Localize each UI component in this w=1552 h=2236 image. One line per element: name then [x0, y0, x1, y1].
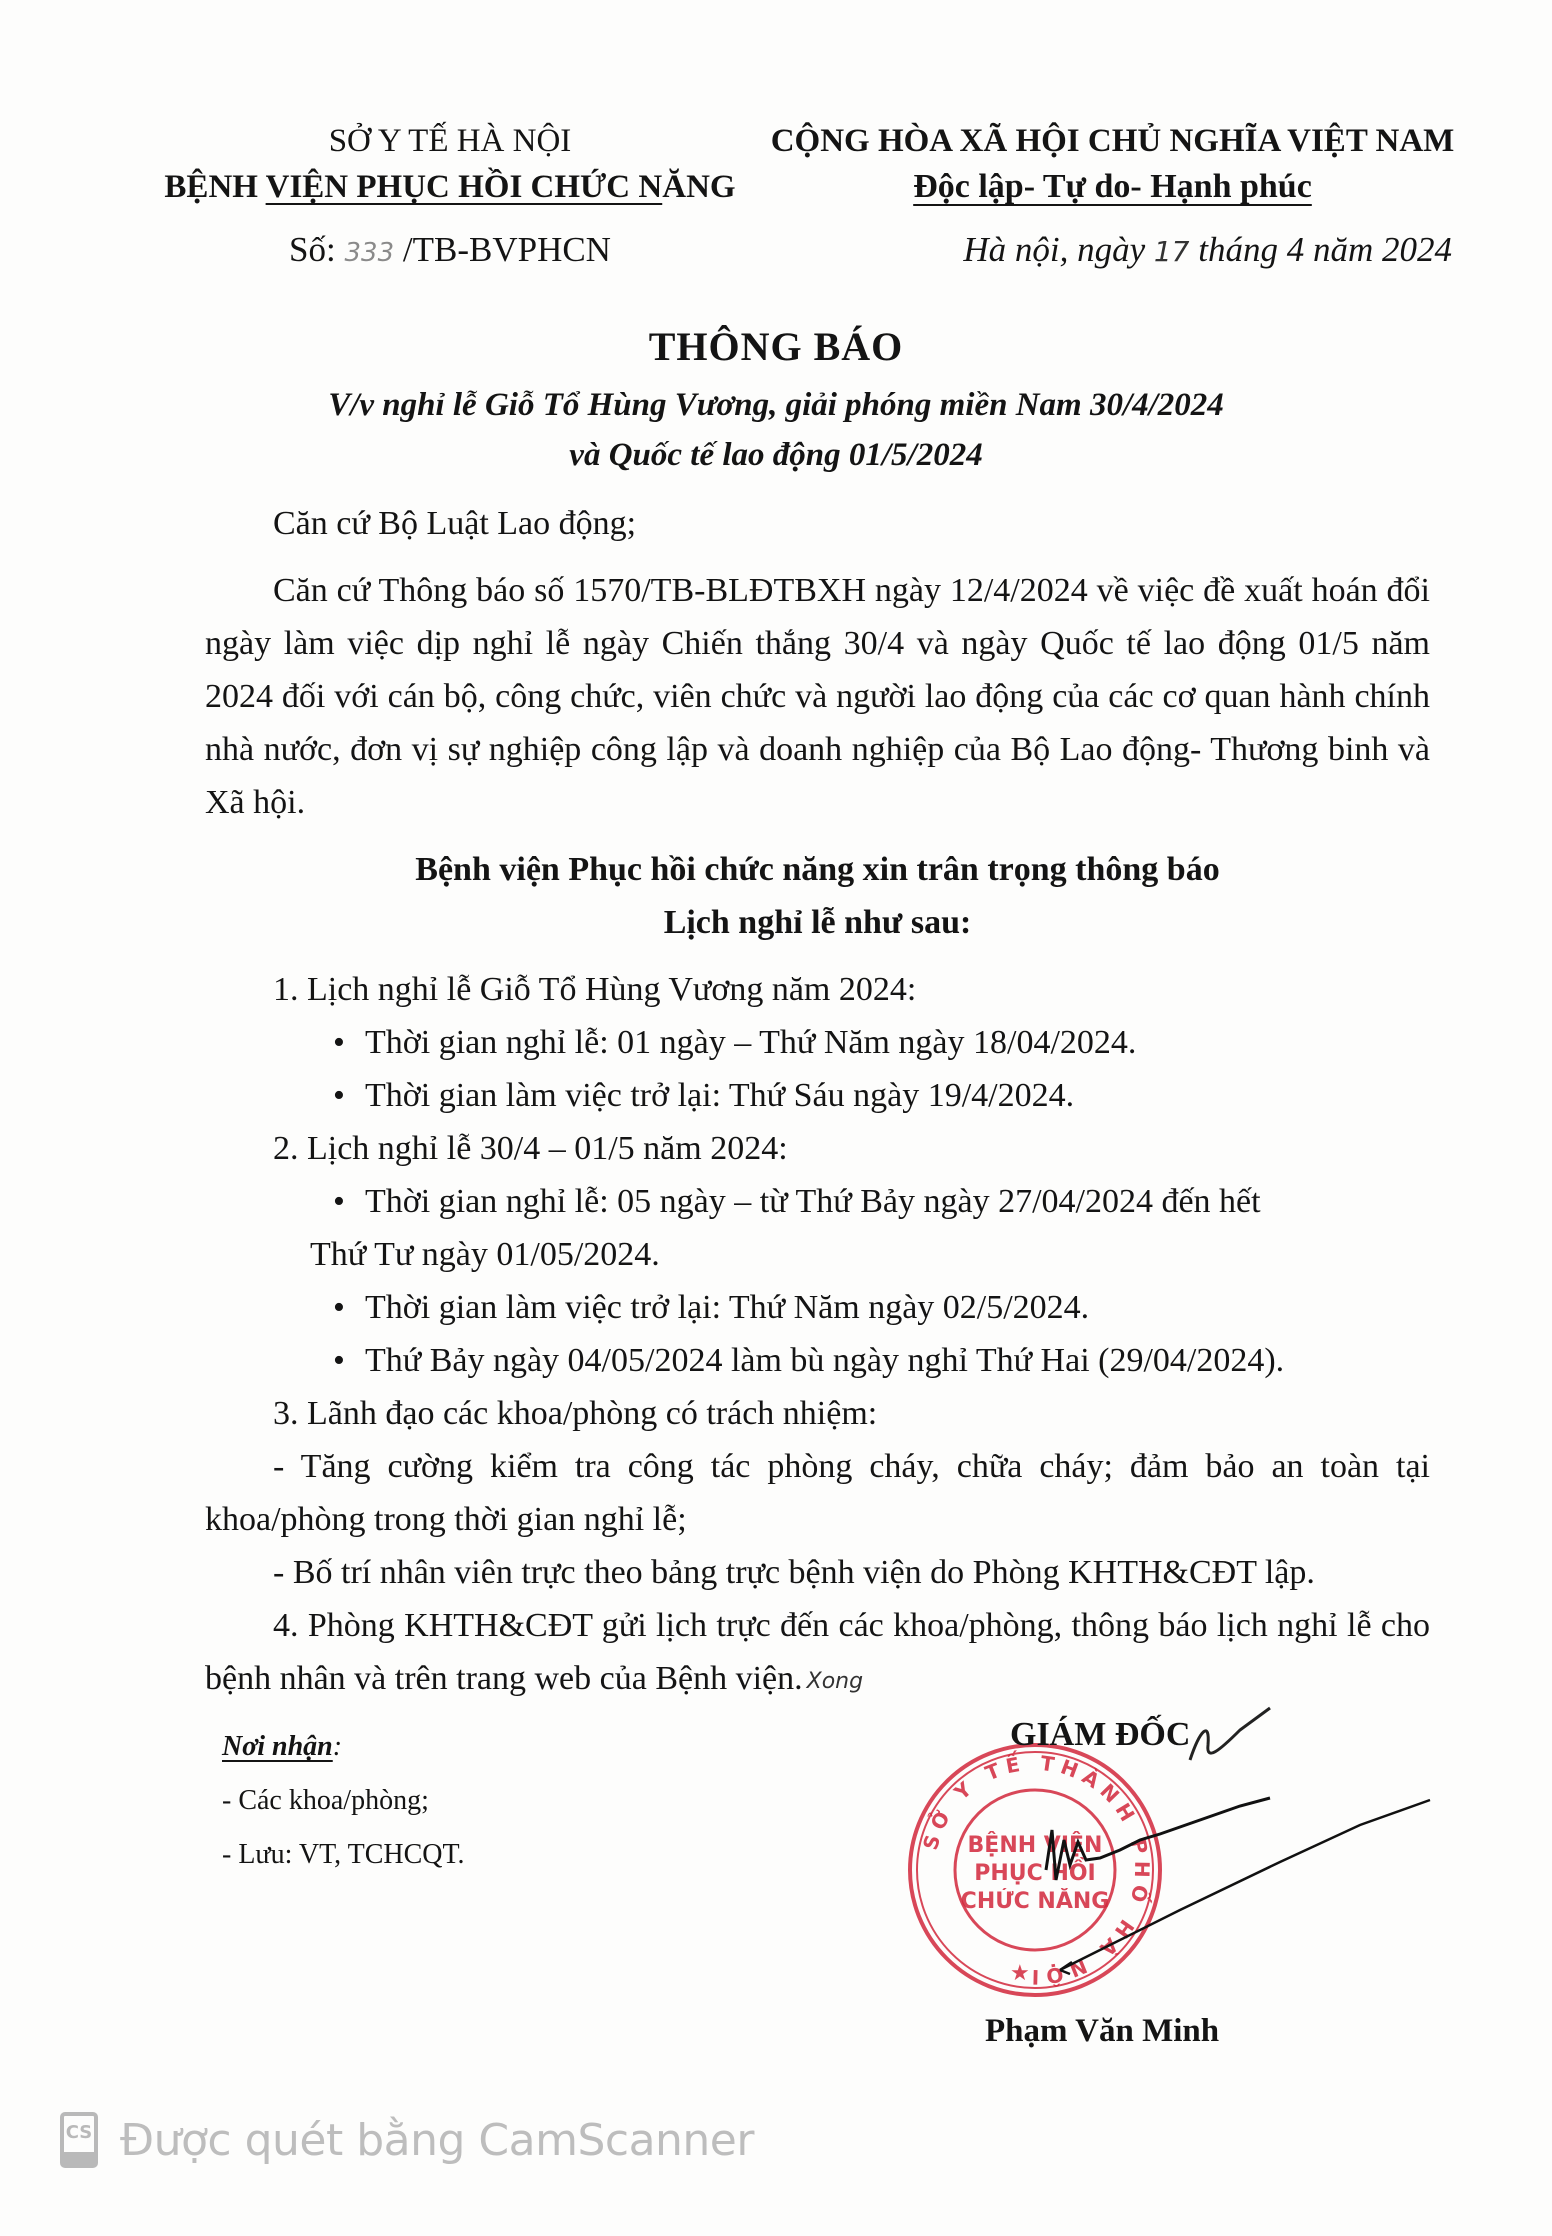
watermark-text: Được quét bằng CamScanner [120, 2115, 754, 2166]
date-prefix: Hà nội, ngày [963, 230, 1154, 269]
recipients-label-colon: : [333, 1731, 342, 1762]
hospital-name-suffix: ĂNG [662, 169, 735, 205]
recipients-block: Nơi nhận: - Các khoa/phòng; - Lưu: VT, T… [222, 1720, 465, 1882]
section-2-bullet-continuation: Thứ Tư ngày 01/05/2024. [205, 1228, 1430, 1281]
hospital-name-prefix: BỆNH [164, 169, 265, 205]
recipients-label: Nơi nhận: [222, 1720, 465, 1774]
section-1-bullet: Thời gian làm việc trở lại: Thứ Sáu ngày… [205, 1069, 1430, 1122]
document-subject: V/v nghỉ lễ Giỗ Tổ Hùng Vương, giải phón… [0, 380, 1552, 480]
section-3-item: - Tăng cường kiểm tra công tác phòng chá… [205, 1440, 1430, 1546]
number-label: Số: [289, 230, 344, 269]
section-1-heading: 1. Lịch nghỉ lễ Giỗ Tổ Hùng Vương năm 20… [205, 963, 1430, 1016]
section-3-heading: 3. Lãnh đạo các khoa/phòng có trách nhiệ… [205, 1387, 1430, 1440]
date-day-handwritten: 17 [1154, 235, 1190, 268]
section-2-bullet: Thời gian nghỉ lễ: 05 ngày – từ Thứ Bảy … [205, 1175, 1430, 1228]
signer-title: GIÁM ĐỐC [1010, 1712, 1190, 1758]
document-title: THÔNG BÁO [0, 322, 1552, 372]
stamp-star-icon: ★ [1010, 1960, 1030, 1985]
hospital-name: BỆNH VIỆN PHỤC HỒI CHỨC NĂNG [150, 164, 750, 210]
legal-basis-1: Căn cứ Bộ Luật Lao động; [205, 497, 1430, 550]
signature-scribble [1040, 1770, 1440, 2010]
date-suffix: tháng 4 năm 2024 [1190, 230, 1453, 269]
recipient-item: - Lưu: VT, TCHCQT. [222, 1828, 465, 1882]
recipients-label-text: Nơi nhận [222, 1731, 333, 1762]
scanner-watermark: CS Được quét bằng CamScanner [60, 2110, 754, 2170]
document-number: Số: 333 /TB-BVPHCN [150, 220, 750, 283]
announcement-line-2: Lịch nghỉ lễ như sau: [205, 896, 1430, 949]
subject-line-2: và Quốc tế lao động 01/5/2024 [0, 430, 1552, 480]
nation-block: CỘNG HÒA XÃ HỘI CHỦ NGHĨA VIỆT NAM Độc l… [755, 118, 1470, 282]
document-body: Căn cứ Bộ Luật Lao động; Căn cứ Thông bá… [205, 497, 1430, 1708]
camscanner-logo-icon: CS [60, 2112, 98, 2168]
issuer-block: SỞ Y TẾ HÀ NỘI BỆNH VIỆN PHỤC HỒI CHỨC N… [150, 118, 750, 283]
issue-date: Hà nội, ngày 17 tháng 4 năm 2024 [755, 220, 1470, 282]
section-1-bullet: Thời gian nghỉ lễ: 01 ngày – Thứ Năm ngà… [205, 1016, 1430, 1069]
recipient-item: - Các khoa/phòng; [222, 1774, 465, 1828]
section-2-heading: 2. Lịch nghỉ lễ 30/4 – 01/5 năm 2024: [205, 1122, 1430, 1175]
section-3-item: - Bố trí nhân viên trực theo bảng trực b… [205, 1546, 1430, 1599]
announcement-line-1: Bệnh viện Phục hồi chức năng xin trân tr… [205, 843, 1430, 896]
nation-name: CỘNG HÒA XÃ HỘI CHỦ NGHĨA VIỆT NAM [755, 118, 1470, 164]
national-motto: Độc lập- Tự do- Hạnh phúc [755, 164, 1470, 210]
signer-name: Phạm Văn Minh [985, 2008, 1219, 2054]
section-2-bullet: Thứ Bảy ngày 04/05/2024 làm bù ngày nghỉ… [205, 1334, 1430, 1387]
legal-basis-2: Căn cứ Thông báo số 1570/TB-BLĐTBXH ngày… [205, 564, 1430, 829]
title-initial-mark [1180, 1700, 1380, 1770]
department-name: SỞ Y TẾ HÀ NỘI [150, 118, 750, 164]
number-suffix: /TB-BVPHCN [394, 230, 611, 269]
section-4: 4. Phòng KHTH&CĐT gửi lịch trực đến các … [205, 1599, 1430, 1708]
number-handwritten: 333 [344, 238, 394, 268]
hospital-name-underlined: VIỆN PHỤC HỒI CHỨC N [266, 169, 663, 205]
subject-line-1: V/v nghỉ lễ Giỗ Tổ Hùng Vương, giải phón… [0, 380, 1552, 430]
section-2-bullet: Thời gian làm việc trở lại: Thứ Năm ngày… [205, 1281, 1430, 1334]
handwritten-initials: Xong [807, 1669, 863, 1694]
